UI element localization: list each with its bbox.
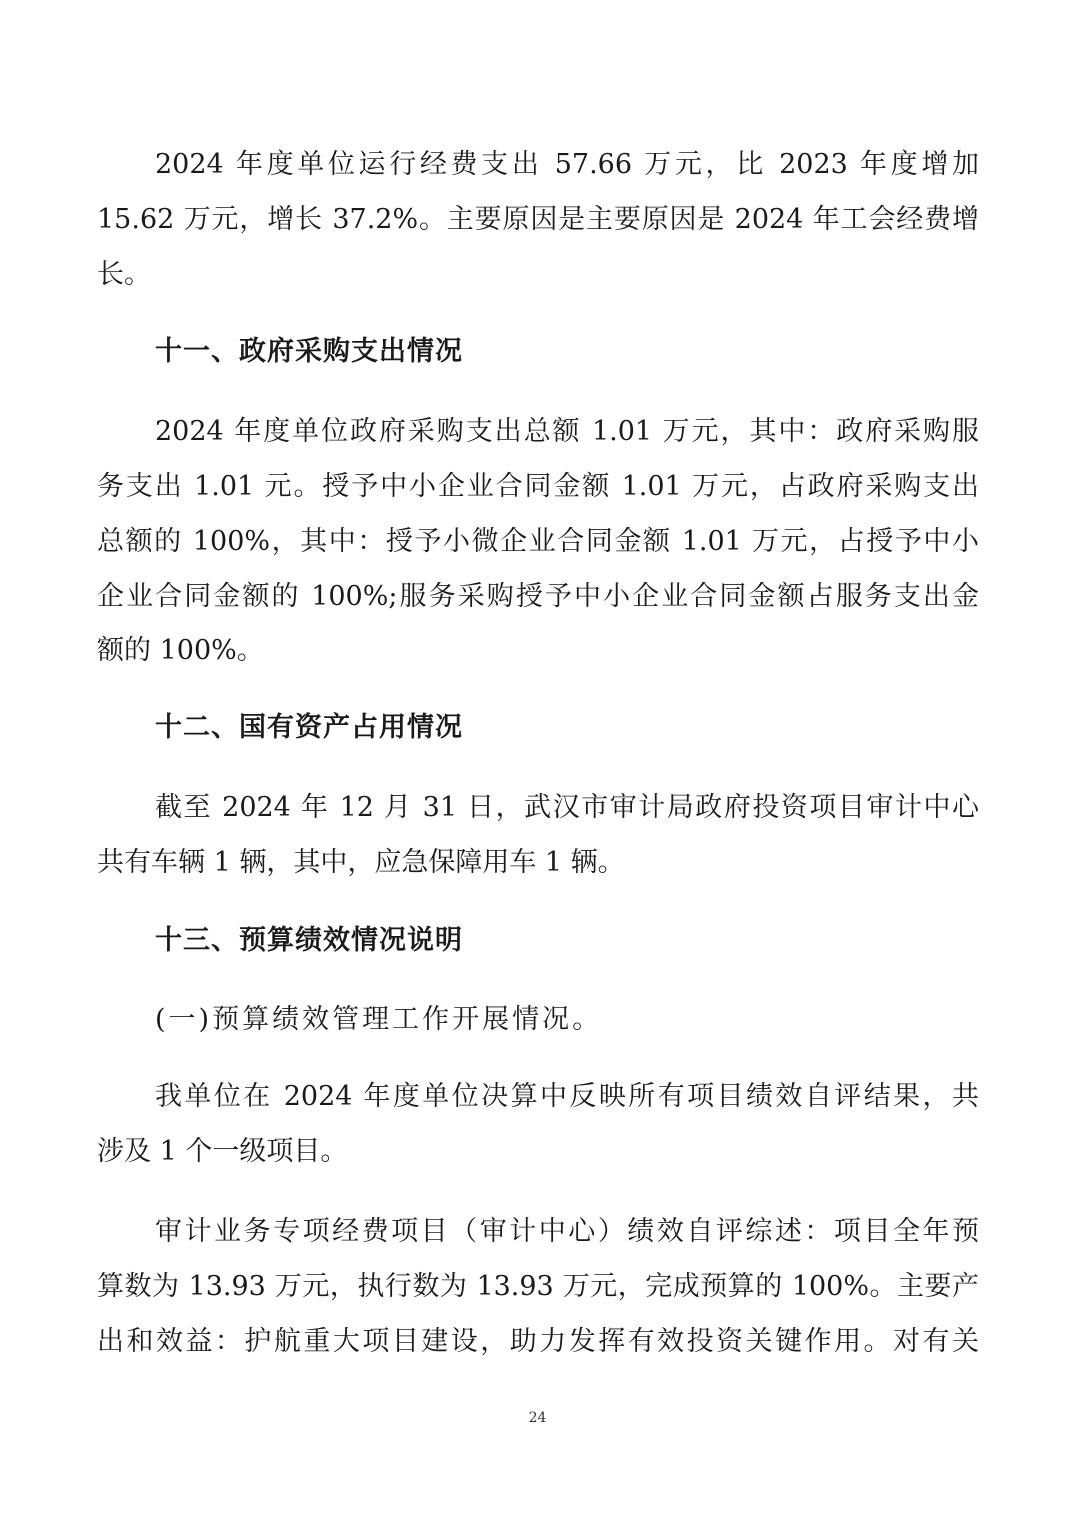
paragraph-operating-expenses-line-2: 15.62 万元，增长 37.2%。主要原因是主要原因是 2024 年工会经费增 [97,203,979,237]
section-heading-government-procurement: 十一、政府采购支出情况 [155,335,463,369]
paragraph-audit-project-line-1: 审计业务专项经费项目（审计中心）绩效自评综述：项目全年预 [155,1215,979,1249]
paragraph-audit-project-line-2: 算数为 13.93 万元，执行数为 13.93 万元，完成预算的 100%。主要… [97,1270,979,1304]
paragraph-procurement-line-5: 额的 100%。 [97,634,979,668]
paragraph-self-evaluation-line-2: 涉及 1 个一级项目。 [97,1135,979,1169]
subsection-heading-performance-management: (一)预算绩效管理工作开展情况。 [155,1003,602,1037]
paragraph-procurement-line-3: 总额的 100%，其中：授予小微企业合同金额 1.01 万元，占授予中小 [97,525,979,559]
paragraph-assets-line-2: 共有车辆 1 辆，其中，应急保障用车 1 辆。 [97,846,979,880]
paragraph-operating-expenses-line-3: 长。 [97,258,979,292]
paragraph-assets-line-1: 截至 2024 年 12 月 31 日，武汉市审计局政府投资项目审计中心 [155,791,979,825]
paragraph-procurement-line-2: 务支出 1.01 元。授予中小企业合同金额 1.01 万元，占政府采购支出 [97,470,979,504]
paragraph-audit-project-line-3: 出和效益：护航重大项目建设，助力发挥有效投资关键作用。对有关 [97,1325,979,1359]
paragraph-procurement-line-1: 2024 年度单位政府采购支出总额 1.01 万元，其中：政府采购服 [155,415,979,449]
page-number: 24 [0,1410,1075,1426]
section-heading-budget-performance: 十三、预算绩效情况说明 [155,924,463,958]
paragraph-operating-expenses-line-1: 2024 年度单位运行经费支出 57.66 万元，比 2023 年度增加 [155,148,979,182]
paragraph-procurement-line-4: 企业合同金额的 100%;服务采购授予中小企业合同金额占服务支出金 [97,580,979,614]
section-heading-state-assets: 十二、国有资产占用情况 [155,711,463,745]
paragraph-self-evaluation-line-1: 我单位在 2024 年度单位决算中反映所有项目绩效自评结果，共 [155,1080,979,1114]
